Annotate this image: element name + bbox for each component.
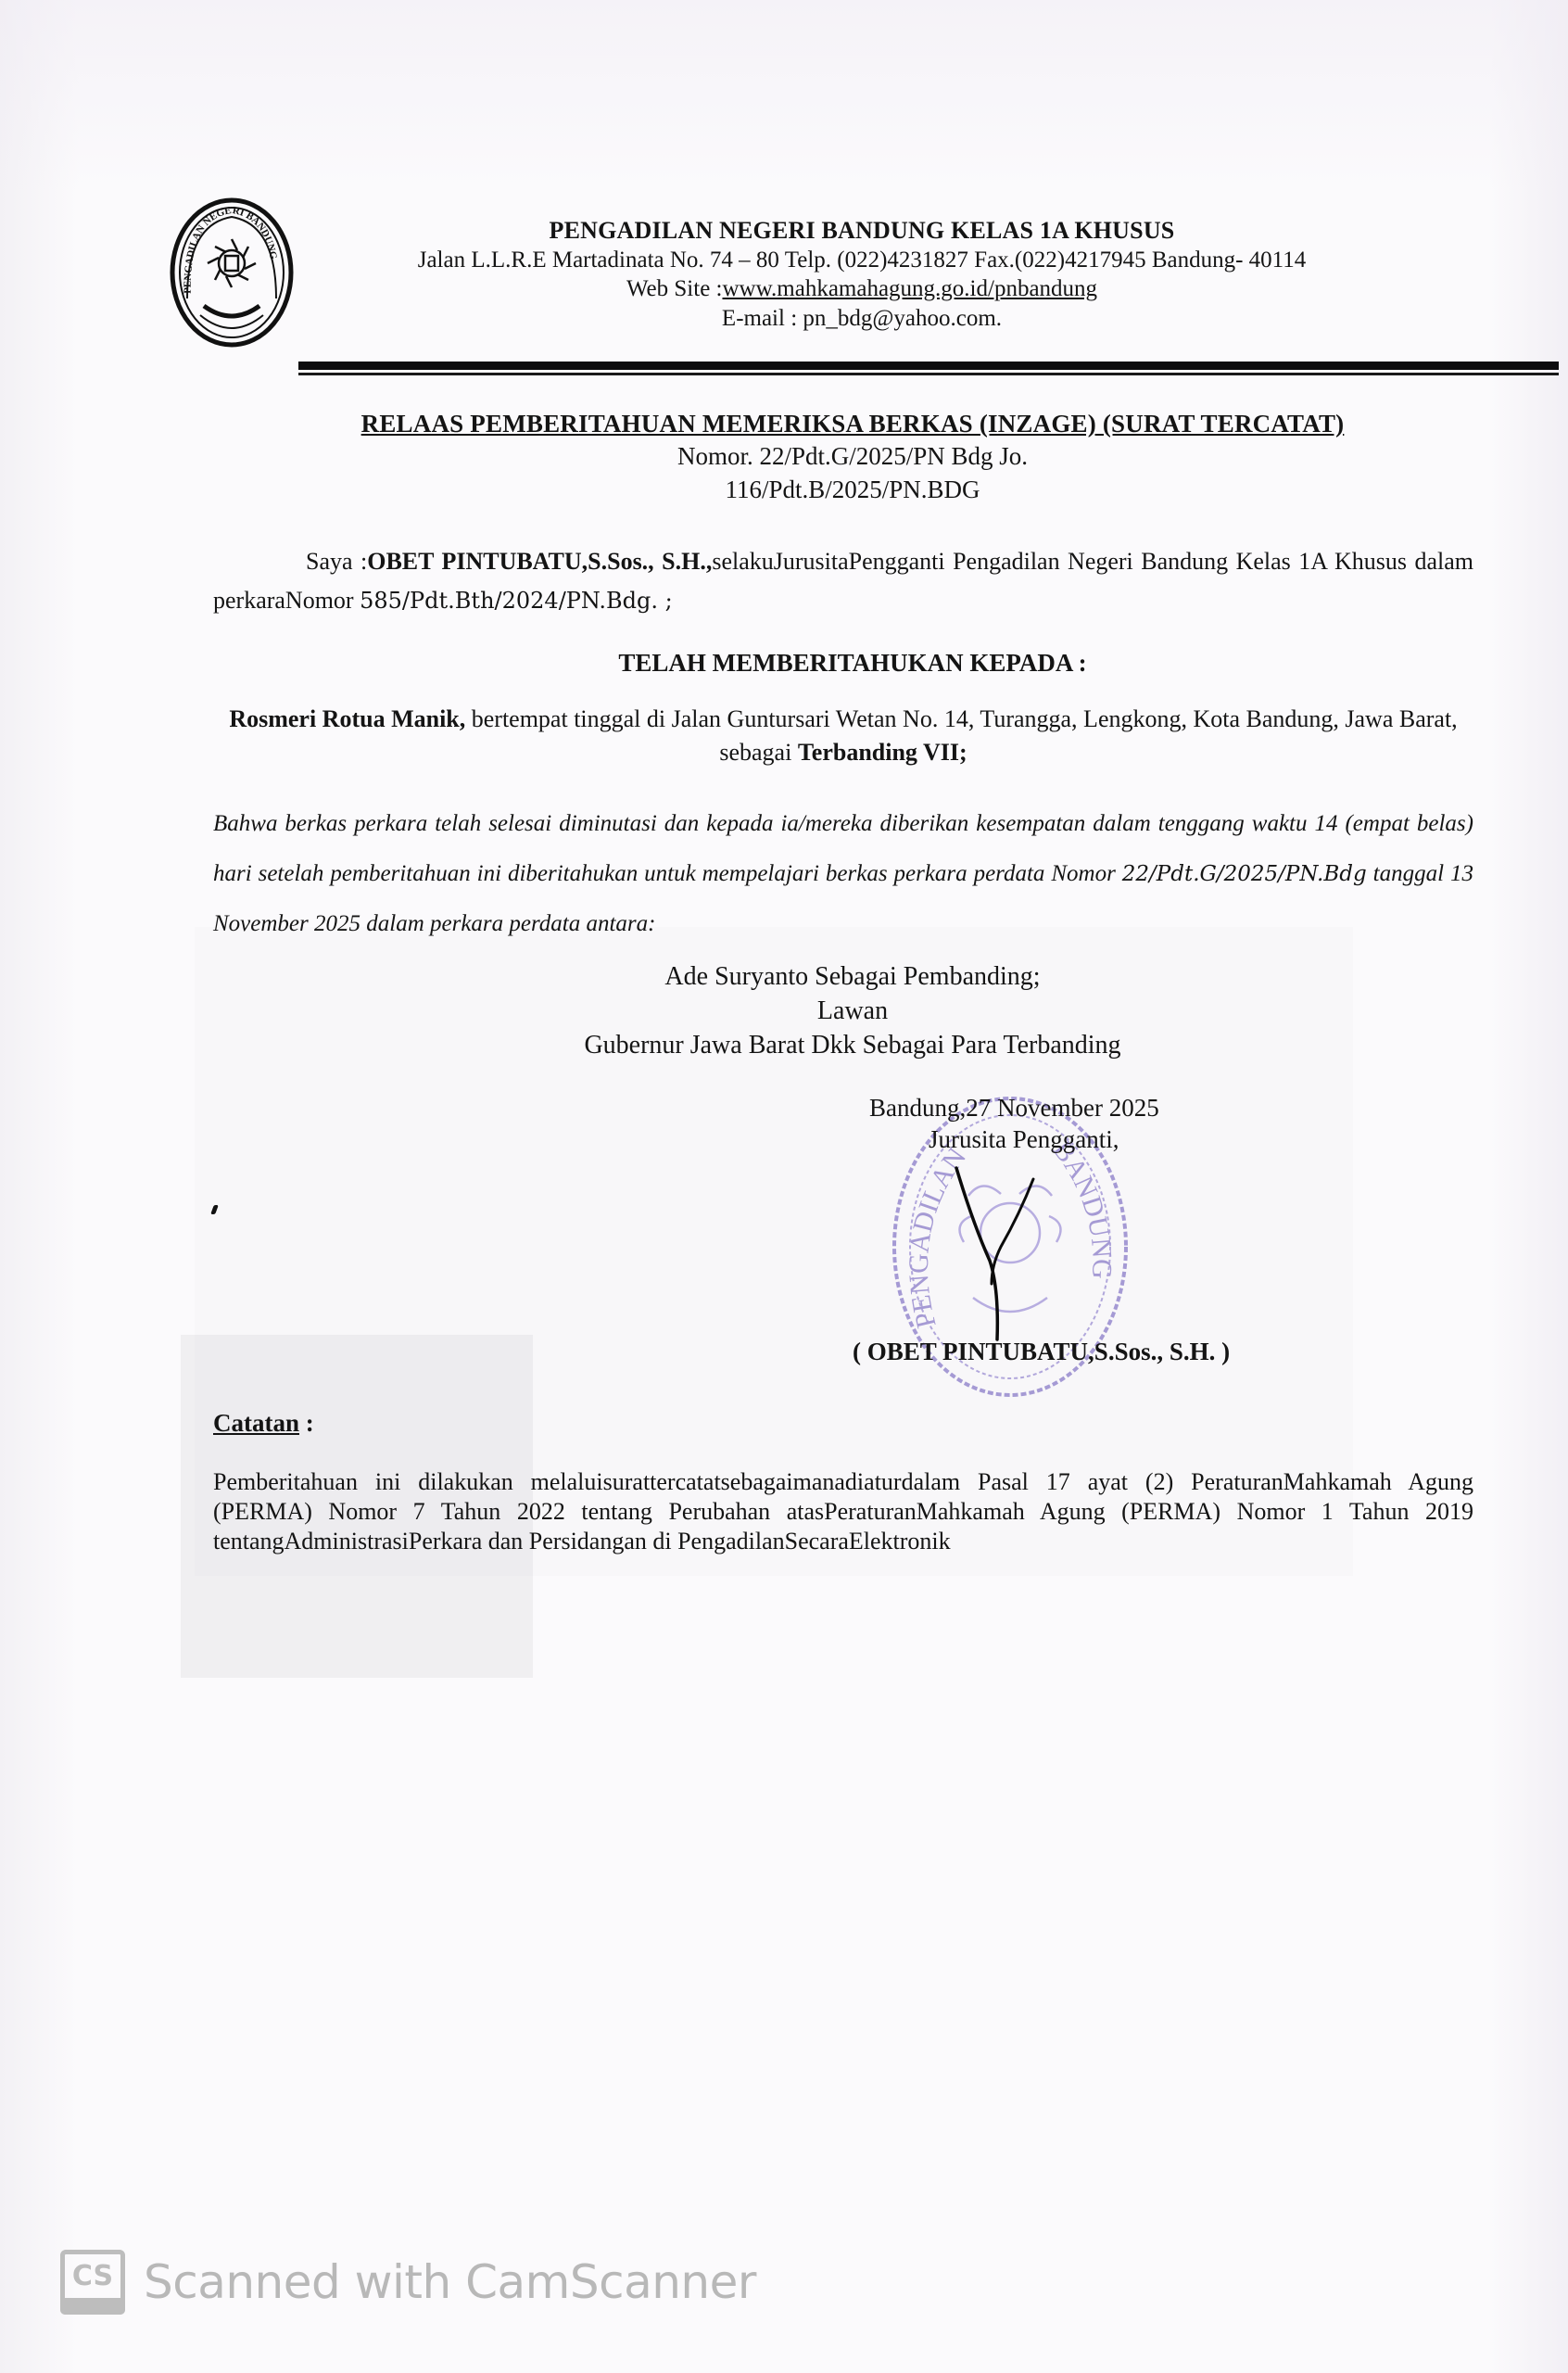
parties-block: Ade Suryanto Sebagai Pembanding; Lawan G… bbox=[204, 959, 1501, 1062]
appellant: Ade Suryanto Sebagai Pembanding; bbox=[204, 959, 1501, 994]
court-name: PENGADILAN NEGERI BANDUNG KELAS 1A KHUSU… bbox=[343, 215, 1381, 246]
stray-ink-mark bbox=[210, 1205, 219, 1214]
opening-paragraph: Saya :OBET PINTUBATU,S.Sos., S.H.,selaku… bbox=[213, 542, 1473, 620]
court-website: Web Site :www.mahkamahagung.go.id/pnband… bbox=[343, 274, 1381, 303]
letterhead-divider-thin bbox=[298, 373, 1559, 375]
notes-label-colon: : bbox=[299, 1409, 314, 1437]
letterhead: PENGADILAN NEGERI BANDUNG PENGADILAN NEG… bbox=[167, 197, 1557, 363]
notes-text: Pemberitahuan ini dilakukan melaluisurat… bbox=[213, 1467, 1473, 1556]
camscanner-watermark: CS Scanned with CamScanner bbox=[60, 2245, 756, 2319]
website-link[interactable]: www.mahkamahagung.go.id/pnbandung bbox=[722, 276, 1097, 301]
document-title-block: RELAAS PEMBERITAHUAN MEMERIKSA BERKAS (I… bbox=[204, 408, 1501, 506]
versus-label: Lawan bbox=[204, 994, 1501, 1028]
notes-label: Catatan : bbox=[213, 1409, 314, 1438]
court-address: Jalan L.L.R.E Martadinata No. 74 – 80 Te… bbox=[343, 246, 1381, 274]
handwritten-signature bbox=[945, 1159, 1056, 1344]
signer-name: ( OBET PINTUBATU,S.Sos., S.H. ) bbox=[853, 1338, 1230, 1366]
document-title: RELAAS PEMBERITAHUAN MEMERIKSA BERKAS (I… bbox=[204, 408, 1501, 439]
opening-prefix: Saya : bbox=[306, 548, 367, 575]
officer-name: OBET PINTUBATU,S.Sos., S.H., bbox=[367, 548, 712, 575]
place-date: Bandung,27 November 2025 bbox=[869, 1094, 1159, 1123]
letterhead-text: PENGADILAN NEGERI BANDUNG KELAS 1A KHUSU… bbox=[343, 215, 1381, 334]
camscanner-logo-text: CS bbox=[72, 2260, 113, 2292]
case-reference: 585/Pdt.Bth/2024/PN.Bdg. ; bbox=[360, 588, 673, 614]
svg-text:BANDUNG: BANDUNG bbox=[1047, 1135, 1118, 1279]
recipient-name: Rosmeri Rotua Manik, bbox=[229, 705, 465, 732]
statement-paragraph: Bahwa berkas perkara telah selesai dimin… bbox=[213, 799, 1473, 949]
notes-label-text: Catatan bbox=[213, 1409, 299, 1437]
document-number: Nomor. 22/Pdt.G/2025/PN Bdg Jo. bbox=[204, 439, 1501, 473]
watermark-text: Scanned with CamScanner bbox=[144, 2255, 756, 2309]
signer-role: Jurusita Pengganti, bbox=[929, 1125, 1119, 1154]
court-email: E-mail : pn_bdg@yahoo.com. bbox=[343, 303, 1381, 334]
court-emblem-icon: PENGADILAN NEGERI BANDUNG bbox=[167, 197, 297, 349]
document-number-2: 116/Pdt.B/2025/PN.BDG bbox=[204, 473, 1501, 506]
letterhead-divider bbox=[298, 362, 1559, 370]
respondents: Gubernur Jawa Barat Dkk Sebagai Para Ter… bbox=[204, 1028, 1501, 1062]
recipient-paragraph: Rosmeri Rotua Manik, bertempat tinggal d… bbox=[213, 703, 1473, 769]
recipient-role: Terbanding VII; bbox=[798, 739, 967, 766]
statement-case-number: 22/Pdt.G/2025/PN.Bdg bbox=[1122, 862, 1367, 886]
notify-heading: TELAH MEMBERITAHUKAN KEPADA : bbox=[204, 649, 1501, 678]
website-label: Web Site : bbox=[626, 276, 723, 301]
camscanner-logo-icon: CS bbox=[60, 2250, 125, 2315]
